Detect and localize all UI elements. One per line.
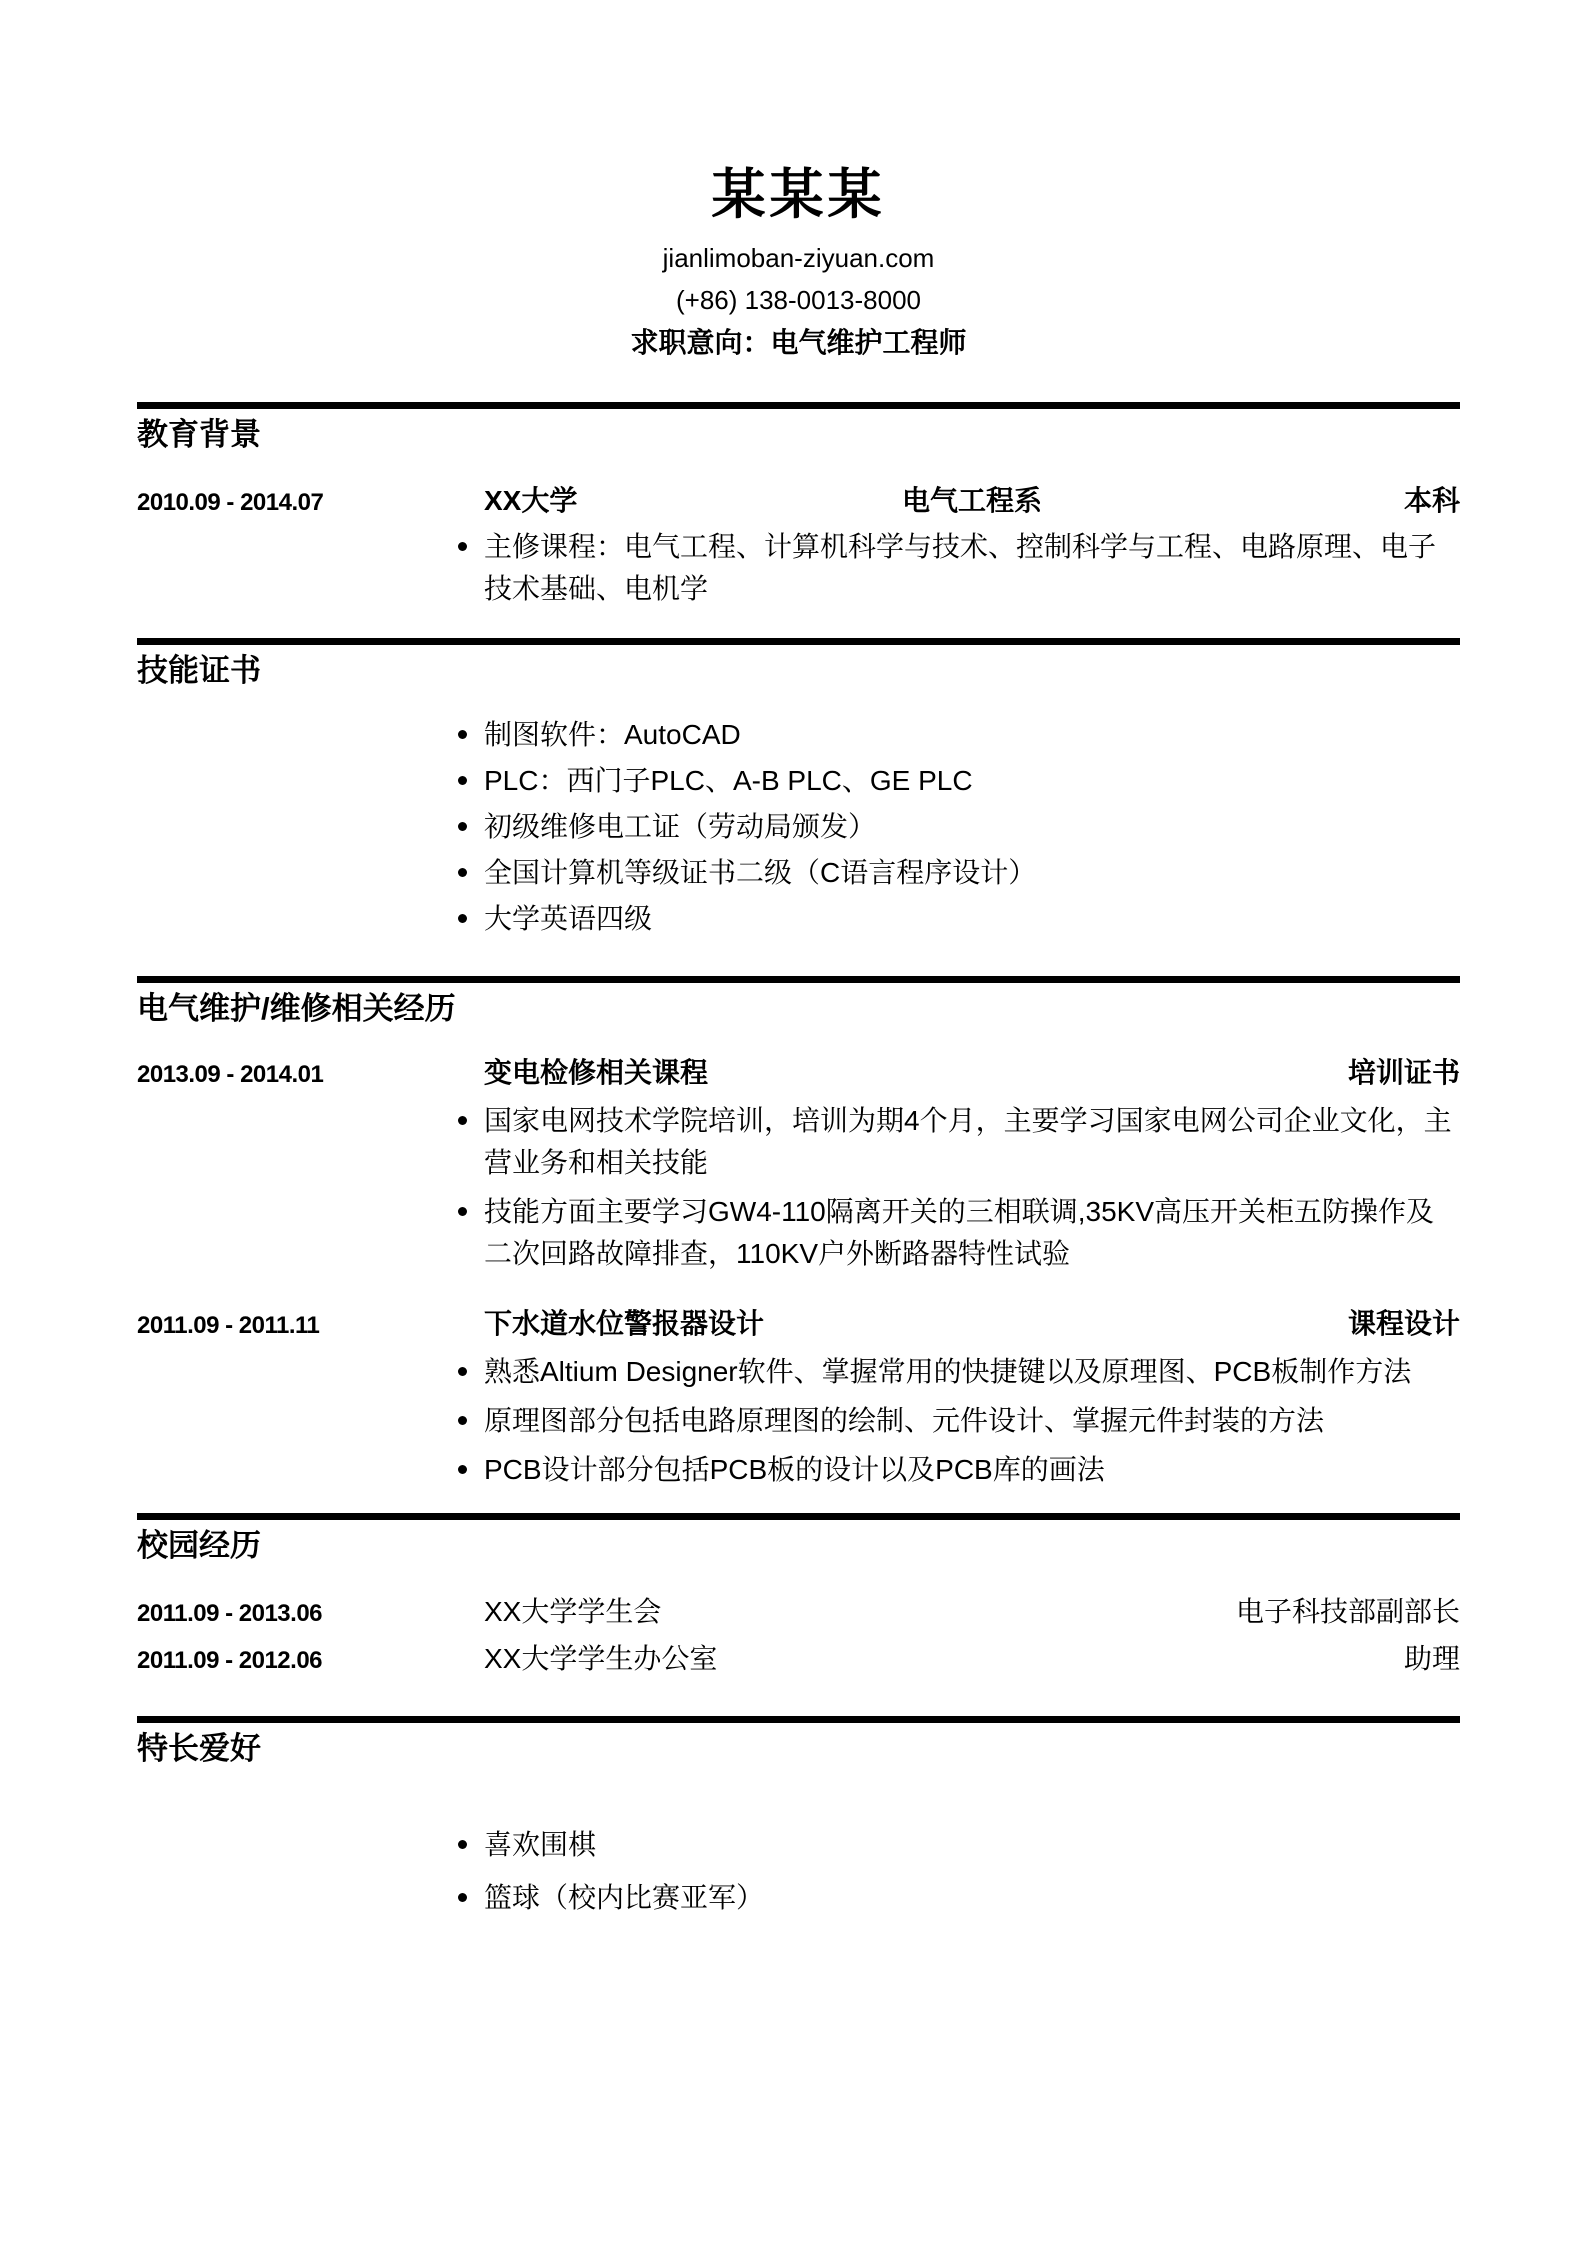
education-entry-main: XX大学 电气工程系 本科 (484, 480, 1460, 522)
education-bullet-list: 主修课程：电气工程、计算机科学与技术、控制科学与工程、电路原理、电子技术基础、电… (484, 526, 1460, 610)
experience-bullet: 国家电网技术学院培训，培训为期4个月，主要学习国家电网公司企业文化，主营业务和相… (484, 1100, 1460, 1184)
experience-bullet: 原理图部分包括电路原理图的绘制、元件设计、掌握元件封装的方法 (484, 1400, 1460, 1442)
campus-entry-row: 2011.09 - 2012.06 XX大学学生办公室 助理 (137, 1638, 1460, 1682)
skills-heading: 技能证书 (137, 652, 1460, 690)
campus-organization: XX大学学生会 (484, 1591, 972, 1633)
experience-tag: 课程设计 (972, 1303, 1460, 1345)
experience-bullet: 熟悉Altium Designer软件、掌握常用的快捷键以及原理图、PCB板制作… (484, 1351, 1460, 1393)
campus-entry-main: XX大学学生办公室 助理 (484, 1638, 1460, 1680)
experience-entry: 2013.09 - 2014.01 变电检修相关课程 培训证书 国家电网技术学院… (137, 1052, 1460, 1275)
experience-entry-main: 变电检修相关课程 培训证书 (484, 1052, 1460, 1094)
campus-entry-list: 2011.09 - 2013.06 XX大学学生会 电子科技部副部长 2011.… (137, 1591, 1460, 1682)
resume-page: 某某某 jianlimoban-ziyuan.com (+86) 138-001… (0, 0, 1587, 2244)
education-entry-row: 2010.09 - 2014.07 XX大学 电气工程系 本科 (137, 480, 1460, 524)
skill-item: 初级维修电工证（劳动局颁发） (484, 806, 1460, 848)
skill-item: 制图软件：AutoCAD (484, 714, 1460, 756)
website-text: jianlimoban-ziyuan.com (137, 244, 1460, 272)
experience-entry-row: 2013.09 - 2014.01 变电检修相关课程 培训证书 (137, 1052, 1460, 1096)
campus-role: 电子科技部副部长 (972, 1591, 1460, 1633)
section-education: 教育背景 2010.09 - 2014.07 XX大学 电气工程系 本科 主修课… (137, 402, 1460, 610)
experience-date: 2011.09 - 2011.11 (137, 1305, 484, 1347)
section-experience: 电气维护/维修相关经历 2013.09 - 2014.01 变电检修相关课程 培… (137, 976, 1460, 1491)
skills-bullet-list: 制图软件：AutoCAD PLC：西门子PLC、A-B PLC、GE PLC 初… (484, 714, 1460, 940)
experience-title: 变电检修相关课程 (484, 1052, 972, 1094)
hobbies-heading: 特长爱好 (137, 1730, 1460, 1768)
experience-bullet-list: 国家电网技术学院培训，培训为期4个月，主要学习国家电网公司企业文化，主营业务和相… (484, 1100, 1460, 1275)
experience-bullet: 技能方面主要学习GW4-110隔离开关的三相联调,35KV高压开关柜五防操作及二… (484, 1191, 1460, 1275)
section-hobbies: 特长爱好 喜欢围棋 篮球（校内比赛亚军） (137, 1716, 1460, 1919)
education-department: 电气工程系 (809, 480, 1134, 522)
hobby-item: 篮球（校内比赛亚军） (484, 1877, 1460, 1919)
hobbies-bullet-list: 喜欢围棋 篮球（校内比赛亚军） (484, 1824, 1460, 1919)
campus-organization: XX大学学生办公室 (484, 1638, 972, 1680)
experience-title: 下水道水位警报器设计 (484, 1303, 972, 1345)
resume-header: 某某某 jianlimoban-ziyuan.com (+86) 138-001… (137, 0, 1460, 358)
education-heading: 教育背景 (137, 416, 1460, 454)
campus-entry-row: 2011.09 - 2013.06 XX大学学生会 电子科技部副部长 (137, 1591, 1460, 1635)
experience-heading: 电气维护/维修相关经历 (137, 990, 1460, 1028)
campus-role: 助理 (972, 1638, 1460, 1680)
experience-entry-row: 2011.09 - 2011.11 下水道水位警报器设计 课程设计 (137, 1303, 1460, 1347)
campus-date: 2011.09 - 2013.06 (137, 1593, 484, 1635)
experience-tag: 培训证书 (972, 1052, 1460, 1094)
experience-entry: 2011.09 - 2011.11 下水道水位警报器设计 课程设计 熟悉Alti… (137, 1303, 1460, 1491)
experience-bullet: PCB设计部分包括PCB板的设计以及PCB库的画法 (484, 1449, 1460, 1491)
hobby-item: 喜欢围棋 (484, 1824, 1460, 1866)
education-bullet: 主修课程：电气工程、计算机科学与技术、控制科学与工程、电路原理、电子技术基础、电… (484, 526, 1460, 610)
experience-entry-main: 下水道水位警报器设计 课程设计 (484, 1303, 1460, 1345)
campus-entry-main: XX大学学生会 电子科技部副部长 (484, 1591, 1460, 1633)
phone-number: (+86) 138-0013-8000 (137, 286, 1460, 314)
education-date: 2010.09 - 2014.07 (137, 482, 484, 524)
skill-item: PLC：西门子PLC、A-B PLC、GE PLC (484, 760, 1460, 802)
job-objective: 求职意向：电气维护工程师 (137, 328, 1460, 358)
section-campus: 校园经历 2011.09 - 2013.06 XX大学学生会 电子科技部副部长 … (137, 1513, 1460, 1682)
section-skills: 技能证书 制图软件：AutoCAD PLC：西门子PLC、A-B PLC、GE … (137, 638, 1460, 940)
candidate-name: 某某某 (137, 166, 1460, 224)
skill-item: 大学英语四级 (484, 898, 1460, 940)
education-degree: 本科 (1135, 480, 1460, 522)
education-school: XX大学 (484, 480, 809, 522)
campus-heading: 校园经历 (137, 1527, 1460, 1565)
campus-date: 2011.09 - 2012.06 (137, 1640, 484, 1682)
resume-content: 某某某 jianlimoban-ziyuan.com (+86) 138-001… (137, 0, 1460, 1930)
skill-item: 全国计算机等级证书二级（C语言程序设计） (484, 852, 1460, 894)
experience-date: 2013.09 - 2014.01 (137, 1054, 484, 1096)
experience-bullet-list: 熟悉Altium Designer软件、掌握常用的快捷键以及原理图、PCB板制作… (484, 1351, 1460, 1491)
